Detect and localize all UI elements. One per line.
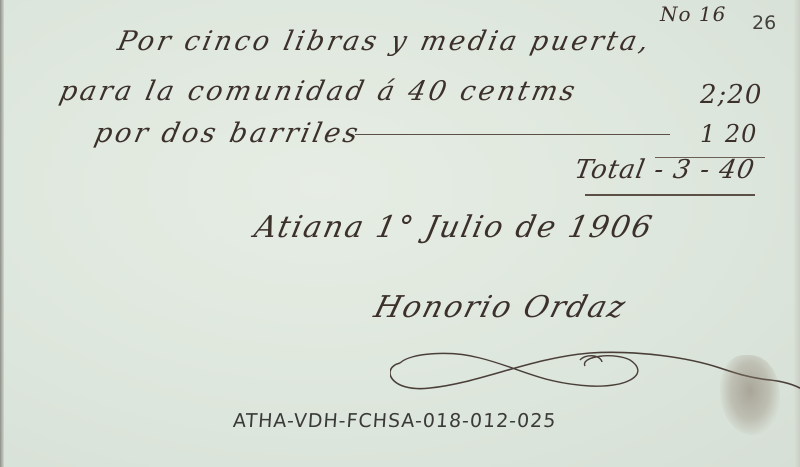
receipt-line-3: por dos barriles — [92, 118, 364, 149]
paper-edge-left — [0, 0, 4, 467]
signature: Honorio Ordaz — [370, 290, 630, 325]
fill-line — [355, 134, 670, 135]
total-underline — [585, 194, 755, 196]
total-value: 3 - 40 — [671, 155, 757, 185]
receipt-line-1: Por cinco libras y media puerta, — [115, 26, 655, 57]
receipt-document: No 16 26 Por cinco libras y media puerta… — [0, 0, 800, 467]
total-row: Total - 3 - 40 — [572, 155, 757, 185]
total-label: Total — [572, 155, 648, 185]
amount-2: 1 20 — [700, 120, 757, 148]
receipt-line-2: para la comunidad á 40 centms — [57, 76, 581, 107]
reference-number: No 16 — [660, 2, 726, 26]
place-date: Atiana 1° Julio de 1906 — [251, 210, 656, 245]
ink-stain — [720, 355, 780, 435]
page-number: 26 — [752, 12, 776, 34]
archive-code: ATHA-VDH-FCHSA-018-012-025 — [232, 410, 557, 432]
amount-1: 2;20 — [700, 80, 762, 110]
